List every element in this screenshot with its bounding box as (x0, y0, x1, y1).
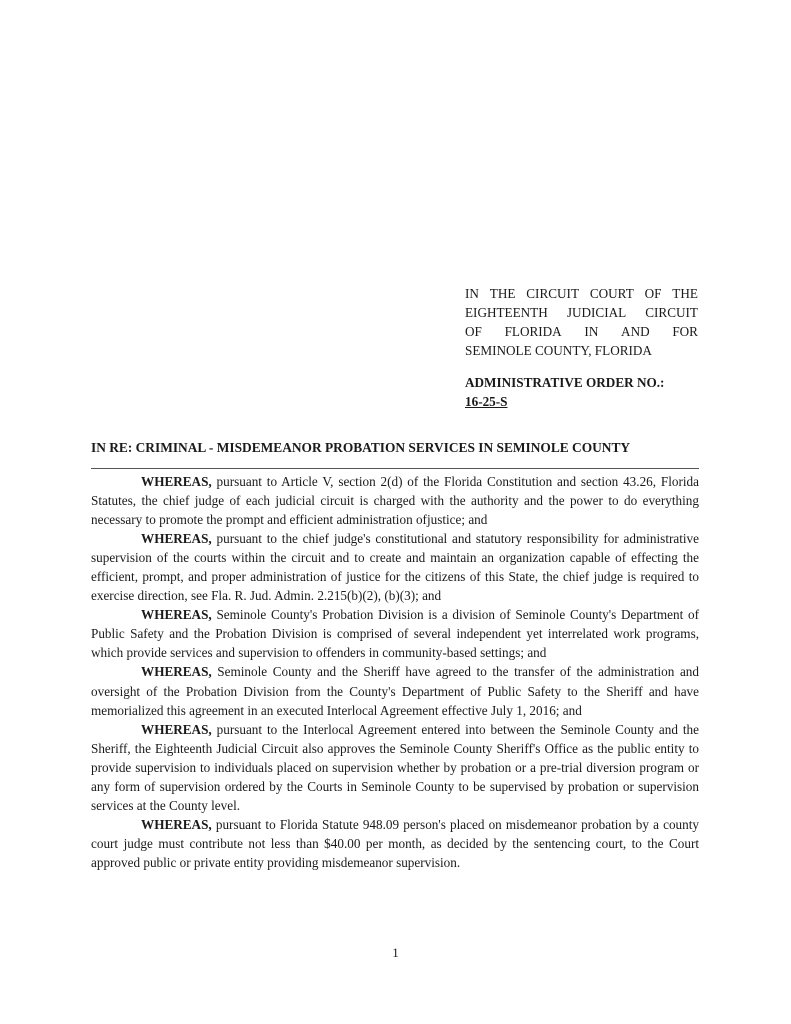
caption-line-3: OF FLORIDA IN AND FOR (465, 322, 698, 341)
caption-line-2: EIGHTEENTH JUDICIAL CIRCUIT (465, 303, 698, 322)
document-body: WHEREAS, pursuant to Article V, section … (91, 472, 699, 872)
caption-word: FOR (672, 322, 698, 341)
caption-word: OF (465, 322, 482, 341)
whereas-lead: WHEREAS, (141, 531, 212, 546)
administrative-order-block: ADMINISTRATIVE ORDER NO.: 16-25-S (465, 373, 705, 411)
caption-word: SEMINOLE COUNTY, FLORIDA (465, 341, 652, 360)
caption-word: AND (621, 322, 650, 341)
caption-word: EIGHTEENTH (465, 303, 548, 322)
court-caption: IN THE CIRCUIT COURT OF THE EIGHTEENTH J… (465, 284, 698, 360)
caption-word: FLORIDA (505, 322, 562, 341)
caption-word: IN (465, 284, 479, 303)
whereas-lead: WHEREAS, (141, 607, 212, 622)
whereas-paragraph-4: WHEREAS, Seminole County and the Sheriff… (91, 662, 699, 719)
whereas-lead: WHEREAS, (141, 664, 212, 679)
whereas-lead: WHEREAS, (141, 474, 212, 489)
whereas-lead: WHEREAS, (141, 722, 212, 737)
caption-word: THE (672, 284, 698, 303)
whereas-lead: WHEREAS, (141, 817, 212, 832)
order-label: ADMINISTRATIVE ORDER NO.: (465, 373, 705, 392)
whereas-paragraph-1: WHEREAS, pursuant to Article V, section … (91, 472, 699, 529)
whereas-paragraph-6: WHEREAS, pursuant to Florida Statute 948… (91, 815, 699, 872)
caption-word: OF (645, 284, 662, 303)
caption-word: IN (584, 322, 598, 341)
order-number: 16-25-S (465, 394, 508, 409)
caption-word: COURT (590, 284, 634, 303)
whereas-paragraph-2: WHEREAS, pursuant to the chief judge's c… (91, 529, 699, 605)
caption-word: JUDICIAL (567, 303, 626, 322)
caption-line-1: IN THE CIRCUIT COURT OF THE (465, 284, 698, 303)
heading-divider (91, 468, 699, 469)
caption-line-4: SEMINOLE COUNTY, FLORIDA (465, 341, 698, 360)
caption-word: CIRCUIT (526, 284, 579, 303)
whereas-paragraph-5: WHEREAS, pursuant to the Interlocal Agre… (91, 720, 699, 815)
in-re-heading: IN RE: CRIMINAL - MISDEMEANOR PROBATION … (91, 440, 711, 456)
caption-word: CIRCUIT (645, 303, 698, 322)
whereas-paragraph-3: WHEREAS, Seminole County's Probation Div… (91, 605, 699, 662)
caption-word: THE (490, 284, 516, 303)
page-number: 1 (0, 945, 791, 961)
